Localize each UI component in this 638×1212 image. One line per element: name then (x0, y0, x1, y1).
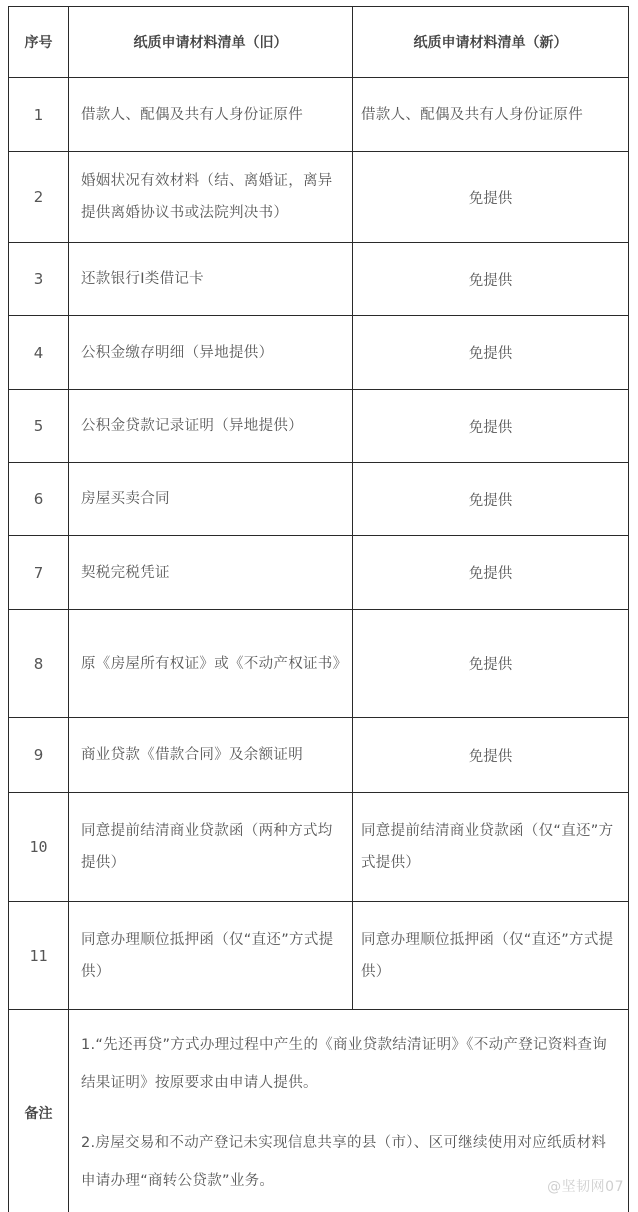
table-row: 3 还款银行I类借记卡 免提供 (9, 243, 629, 316)
row-number: 2 (9, 152, 69, 243)
new-requirement: 免提供 (353, 316, 629, 390)
table-row: 7 契税完税凭证 免提供 (9, 536, 629, 610)
old-requirement: 同意提前结清商业贷款函（两种方式均提供） (69, 793, 353, 902)
notes-row: 备注 1.“先还再贷”方式办理过程中产生的《商业贷款结清证明》《不动产登记资料查… (9, 1010, 629, 1212)
table-row: 1 借款人、配偶及共有人身份证原件 借款人、配偶及共有人身份证原件 (9, 78, 629, 152)
table-row: 9 商业贷款《借款合同》及余额证明 免提供 (9, 718, 629, 793)
old-requirement: 公积金缴存明细（异地提供） (69, 316, 353, 390)
note-item: 1.“先还再贷”方式办理过程中产生的《商业贷款结清证明》《不动产登记资料查询结果… (81, 1026, 618, 1102)
new-requirement: 免提供 (353, 536, 629, 610)
row-number: 9 (9, 718, 69, 793)
table-header-row: 序号 纸质申请材料清单（旧） 纸质申请材料清单（新） (9, 7, 629, 78)
new-requirement: 借款人、配偶及共有人身份证原件 (353, 78, 629, 152)
old-requirement: 还款银行I类借记卡 (69, 243, 353, 316)
new-requirement: 同意办理顺位抵押函（仅“直还”方式提供） (353, 902, 629, 1010)
notes-label: 备注 (9, 1010, 69, 1212)
new-requirement: 免提供 (353, 243, 629, 316)
row-number: 5 (9, 390, 69, 463)
new-requirement: 免提供 (353, 152, 629, 243)
notes-content: 1.“先还再贷”方式办理过程中产生的《商业贷款结清证明》《不动产登记资料查询结果… (69, 1010, 629, 1212)
row-number: 10 (9, 793, 69, 902)
table-row: 5 公积金贷款记录证明（异地提供） 免提供 (9, 390, 629, 463)
header-old-list: 纸质申请材料清单（旧） (69, 7, 353, 78)
watermark: @坚韧网07 (547, 1176, 624, 1196)
row-number: 1 (9, 78, 69, 152)
new-requirement: 免提供 (353, 718, 629, 793)
old-requirement: 借款人、配偶及共有人身份证原件 (69, 78, 353, 152)
old-requirement: 公积金贷款记录证明（异地提供） (69, 390, 353, 463)
table-row: 8 原《房屋所有权证》或《不动产权证书》 免提供 (9, 610, 629, 718)
row-number: 6 (9, 463, 69, 536)
old-requirement: 原《房屋所有权证》或《不动产权证书》 (69, 610, 353, 718)
old-requirement: 契税完税凭证 (69, 536, 353, 610)
row-number: 3 (9, 243, 69, 316)
materials-comparison-table: 序号 纸质申请材料清单（旧） 纸质申请材料清单（新） 1 借款人、配偶及共有人身… (8, 6, 629, 1212)
table-row: 2 婚姻状况有效材料（结、离婚证，离异提供离婚协议书或法院判决书） 免提供 (9, 152, 629, 243)
row-number: 8 (9, 610, 69, 718)
header-new-list: 纸质申请材料清单（新） (353, 7, 629, 78)
new-requirement: 免提供 (353, 610, 629, 718)
old-requirement: 商业贷款《借款合同》及余额证明 (69, 718, 353, 793)
table-row: 6 房屋买卖合同 免提供 (9, 463, 629, 536)
row-number: 11 (9, 902, 69, 1010)
header-serial-number: 序号 (9, 7, 69, 78)
old-requirement: 同意办理顺位抵押函（仅“直还”方式提供） (69, 902, 353, 1010)
note-item: 2.房屋交易和不动产登记未实现信息共享的县（市）、区可继续使用对应纸质材料申请办… (81, 1124, 618, 1200)
table-row: 4 公积金缴存明细（异地提供） 免提供 (9, 316, 629, 390)
row-number: 7 (9, 536, 69, 610)
table-row: 11 同意办理顺位抵押函（仅“直还”方式提供） 同意办理顺位抵押函（仅“直还”方… (9, 902, 629, 1010)
old-requirement: 婚姻状况有效材料（结、离婚证，离异提供离婚协议书或法院判决书） (69, 152, 353, 243)
old-requirement: 房屋买卖合同 (69, 463, 353, 536)
new-requirement: 同意提前结清商业贷款函（仅“直还”方式提供） (353, 793, 629, 902)
new-requirement: 免提供 (353, 390, 629, 463)
table-row: 10 同意提前结清商业贷款函（两种方式均提供） 同意提前结清商业贷款函（仅“直还… (9, 793, 629, 902)
row-number: 4 (9, 316, 69, 390)
new-requirement: 免提供 (353, 463, 629, 536)
